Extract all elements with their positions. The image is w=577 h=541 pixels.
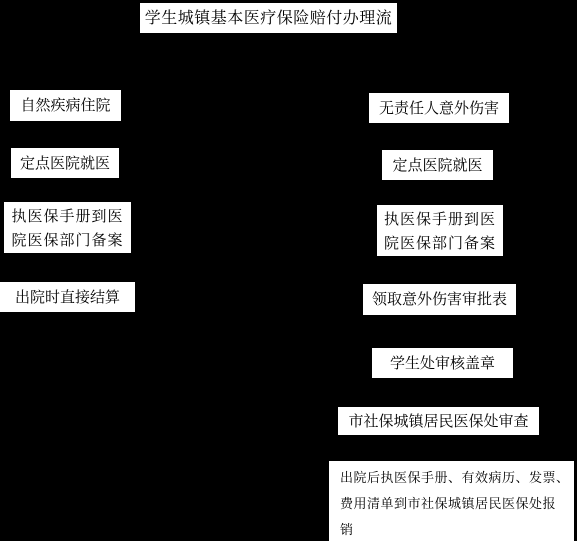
- flowchart-canvas: 学生城镇基本医疗保险赔付办理流程 自然疾病住院 定点医院就医 执医保手册到医 院…: [0, 0, 577, 541]
- node-accidental-injury-no-liable-party: 无责任人意外伤害: [369, 93, 509, 123]
- node-accidental-injury-approval-form: 领取意外伤害审批表: [363, 284, 516, 315]
- node-insurance-handbook-filing-left: 执医保手册到医 院医保部门备案: [4, 202, 131, 253]
- node-designated-hospital-left: 定点医院就医: [11, 148, 119, 178]
- node-insurance-handbook-filing-right: 执医保手册到医 院医保部门备案: [377, 205, 503, 256]
- node-designated-hospital-right: 定点医院就医: [382, 150, 493, 180]
- node-social-security-medical-insurance-review: 市社保城镇居民医保处审查: [338, 407, 539, 435]
- node-natural-disease-hospitalization: 自然疾病住院: [10, 90, 121, 121]
- node-reimbursement-after-discharge: 出院后执医保手册、有效病历、发票、 费用清单到市社保城镇居民医保处报 销: [329, 461, 574, 541]
- node-direct-settlement-at-discharge: 出院时直接结算: [0, 282, 135, 312]
- node-student-affairs-office-stamp: 学生处审核盖章: [372, 348, 513, 378]
- flowchart-title: 学生城镇基本医疗保险赔付办理流程: [140, 3, 397, 33]
